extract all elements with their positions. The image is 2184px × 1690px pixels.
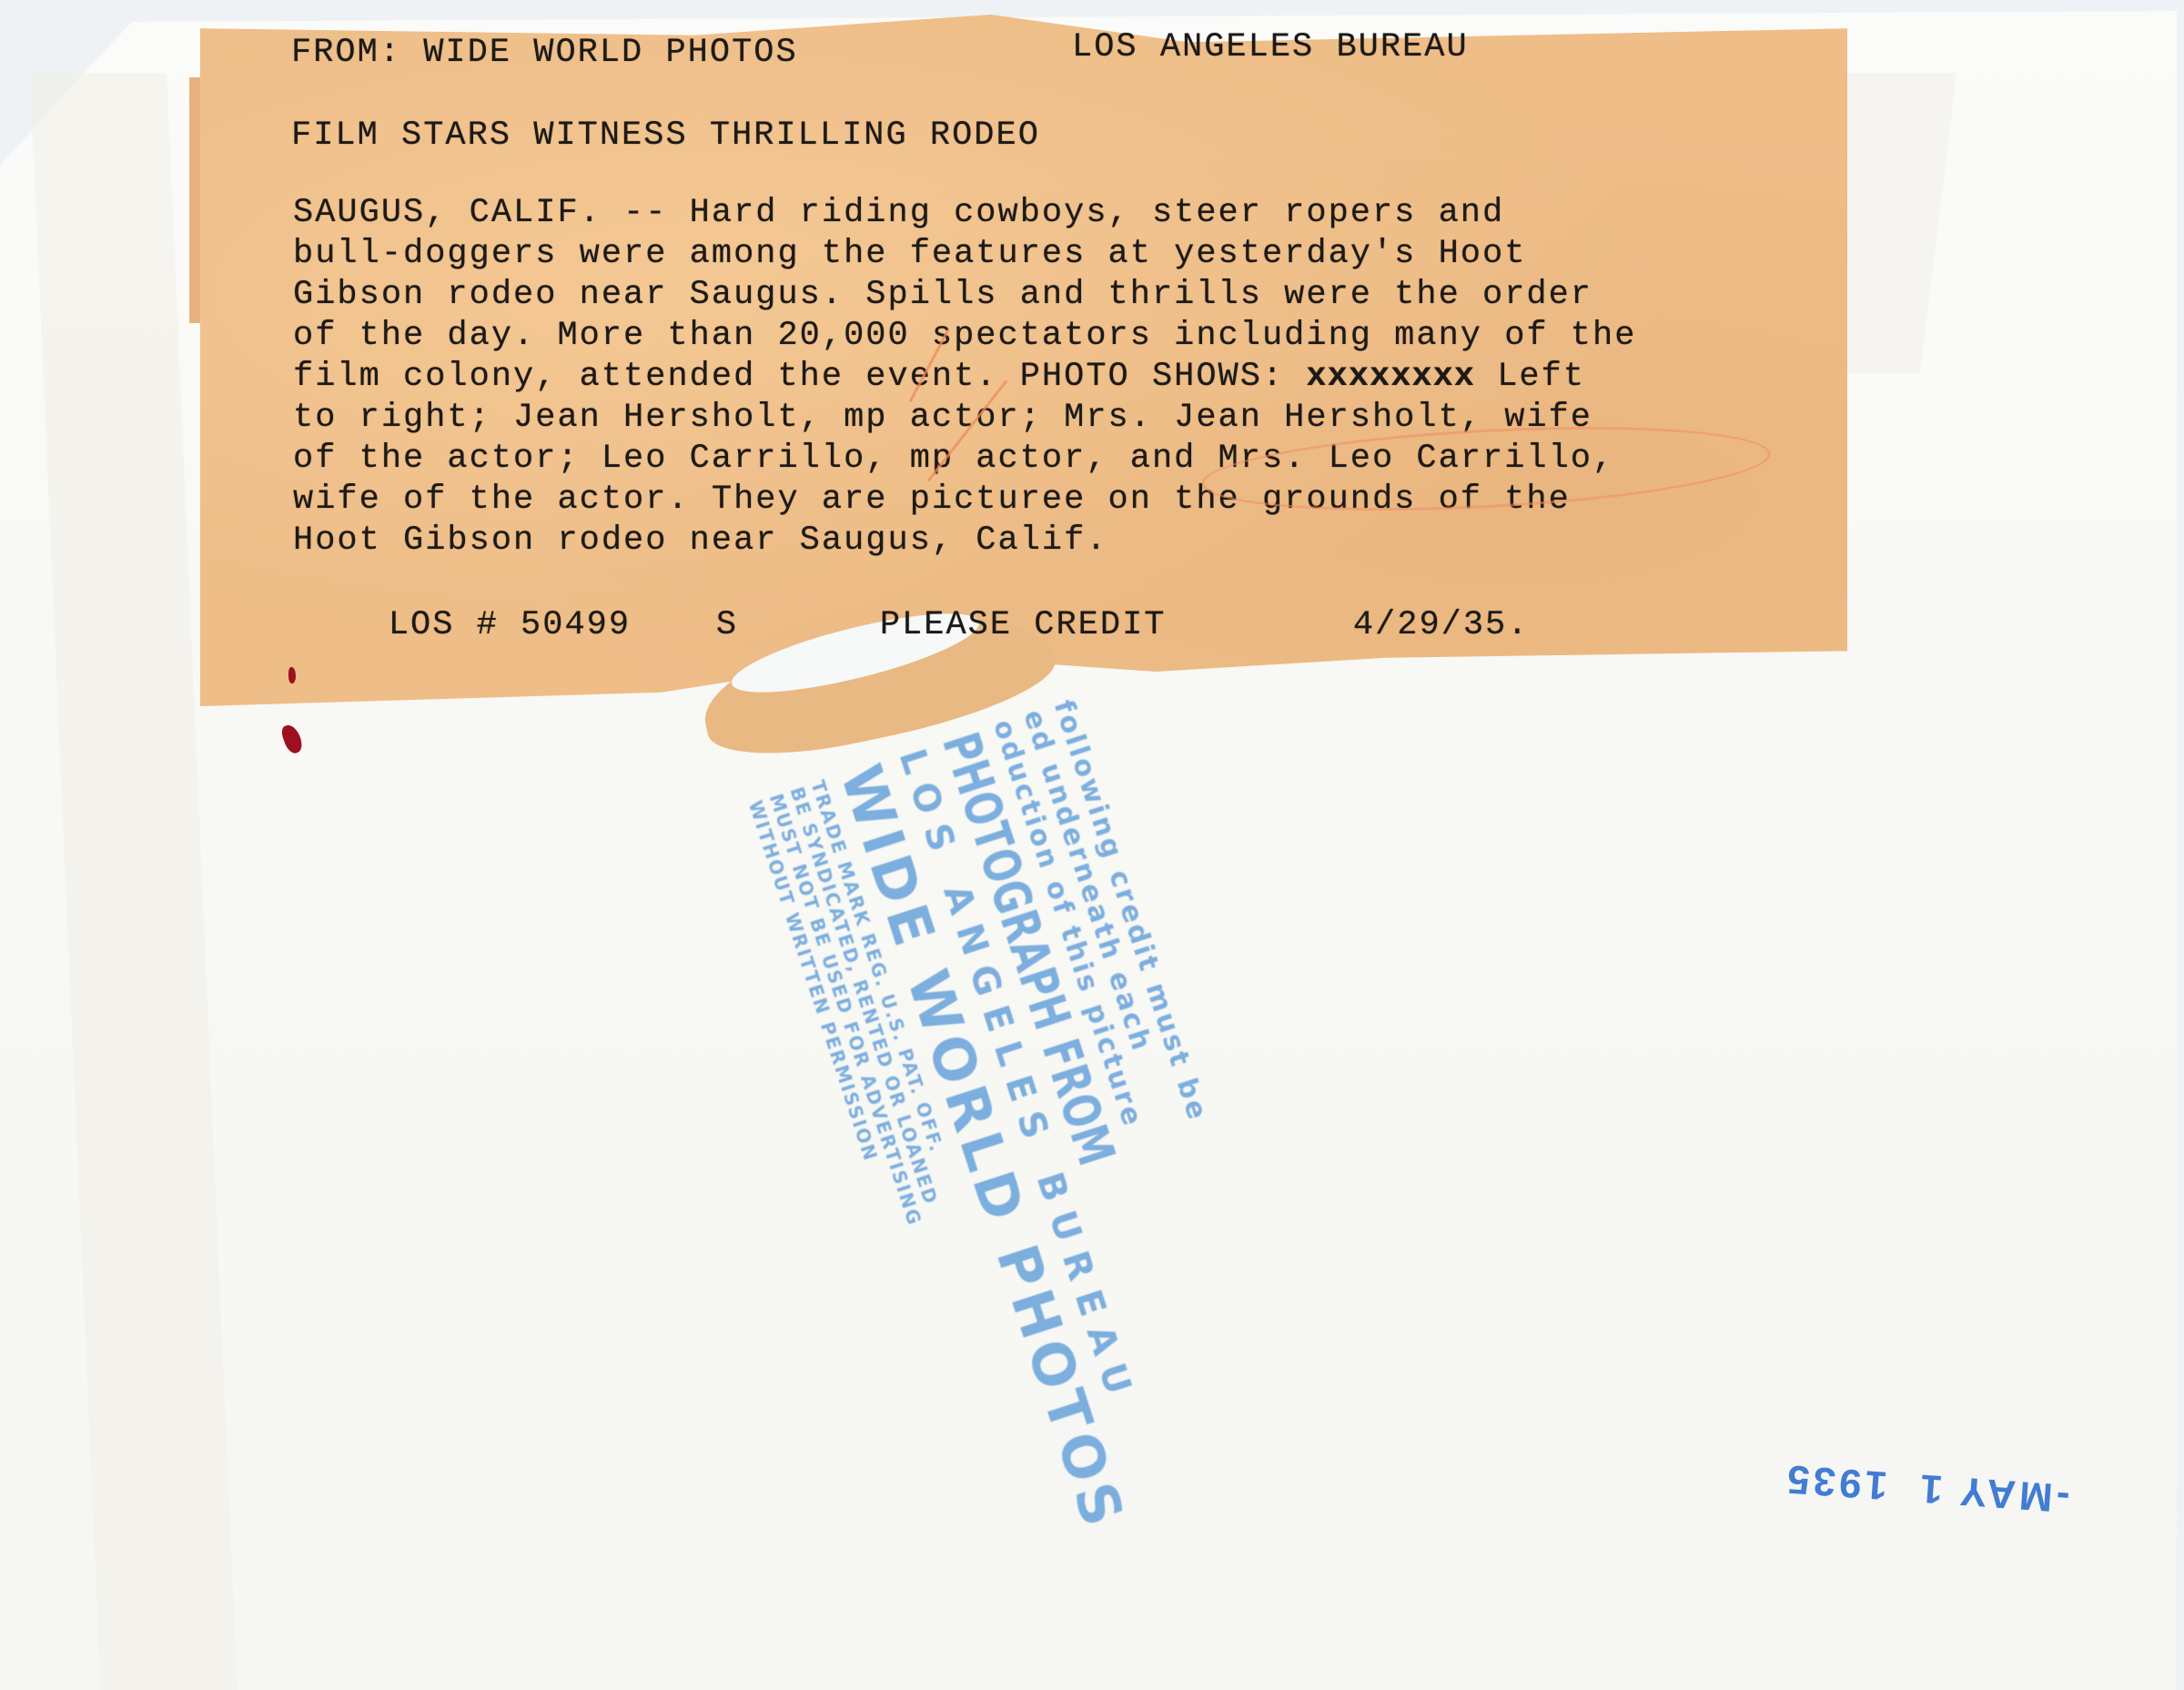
body-line: Gibson rodeo near Saugus. Spills and thr…	[293, 275, 1795, 316]
credit-notice: PLEASE CREDIT	[880, 605, 1353, 646]
body-line: SAUGUS, CALIF. -- Hard riding cowboys, s…	[293, 193, 1795, 234]
caption-footer: LOS # 50499SPLEASE CREDIT4/29/35.	[300, 564, 1529, 687]
struck-out-text: xxxxxxxx	[1306, 358, 1475, 396]
body-line: of the day. More than 20,000 spectators …	[293, 316, 1795, 357]
body-line: bull-doggers were among the features at …	[293, 234, 1795, 275]
body-line: Hoot Gibson rodeo near Saugus, Calif.	[293, 521, 1795, 562]
caption-body: SAUGUS, CALIF. -- Hard riding cowboys, s…	[293, 193, 1795, 562]
red-wax-spot	[288, 667, 296, 683]
body-line-text: film colony, attended the event. PHOTO S…	[293, 358, 1306, 396]
body-line-text: Left	[1475, 358, 1585, 396]
reference-number: LOS # 50499	[389, 605, 716, 646]
bureau-line: LOS ANGELES BUREAU	[1072, 27, 1469, 68]
caption-date: 4/29/35.	[1353, 605, 1530, 646]
headline: FILM STARS WITNESS THRILLING RODEO	[291, 116, 1040, 157]
from-line: FROM: WIDE WORLD PHOTOS	[291, 33, 798, 74]
code-letter: S	[716, 605, 880, 646]
scanned-photo-back: following credit must be ed underneath e…	[0, 0, 2184, 1690]
body-line: film colony, attended the event. PHOTO S…	[293, 357, 1795, 398]
